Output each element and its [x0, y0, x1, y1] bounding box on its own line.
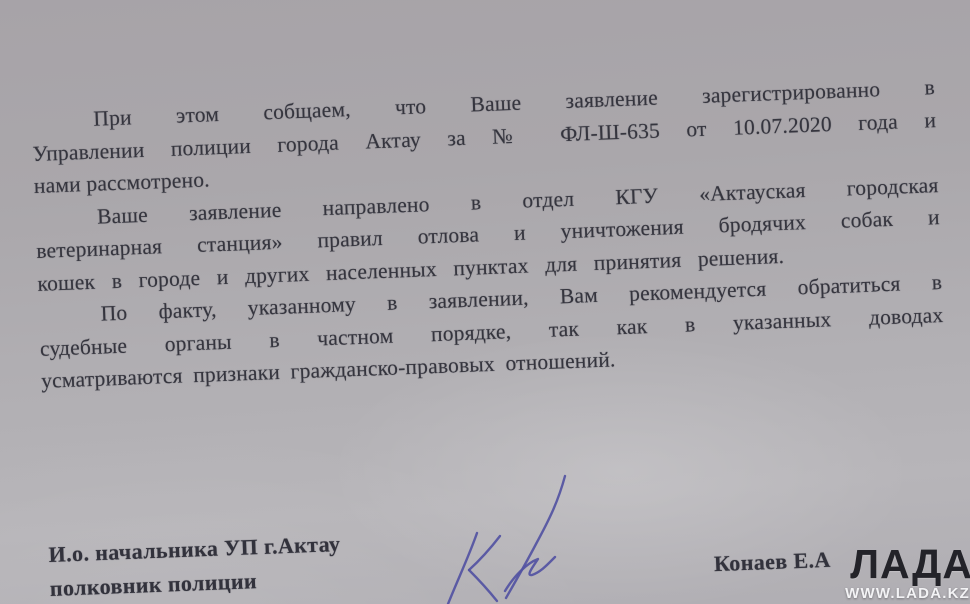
watermark-brand: ЛАДА: [845, 544, 970, 585]
letter-body: При этом собщаем, что Ваше заявление зар…: [31, 71, 945, 397]
signoff-block: И.о. начальника УП г.Актау полковник пол…: [48, 527, 342, 604]
watermark: ЛАДА WWW.LADA.KZ: [845, 544, 970, 601]
approver-name: Конаев Е.А: [714, 547, 832, 577]
watermark-url: WWW.LADA.KZ: [845, 586, 970, 601]
signature-ink: [428, 462, 618, 604]
letter-photo: При этом собщаем, что Ваше заявление зар…: [0, 0, 970, 604]
